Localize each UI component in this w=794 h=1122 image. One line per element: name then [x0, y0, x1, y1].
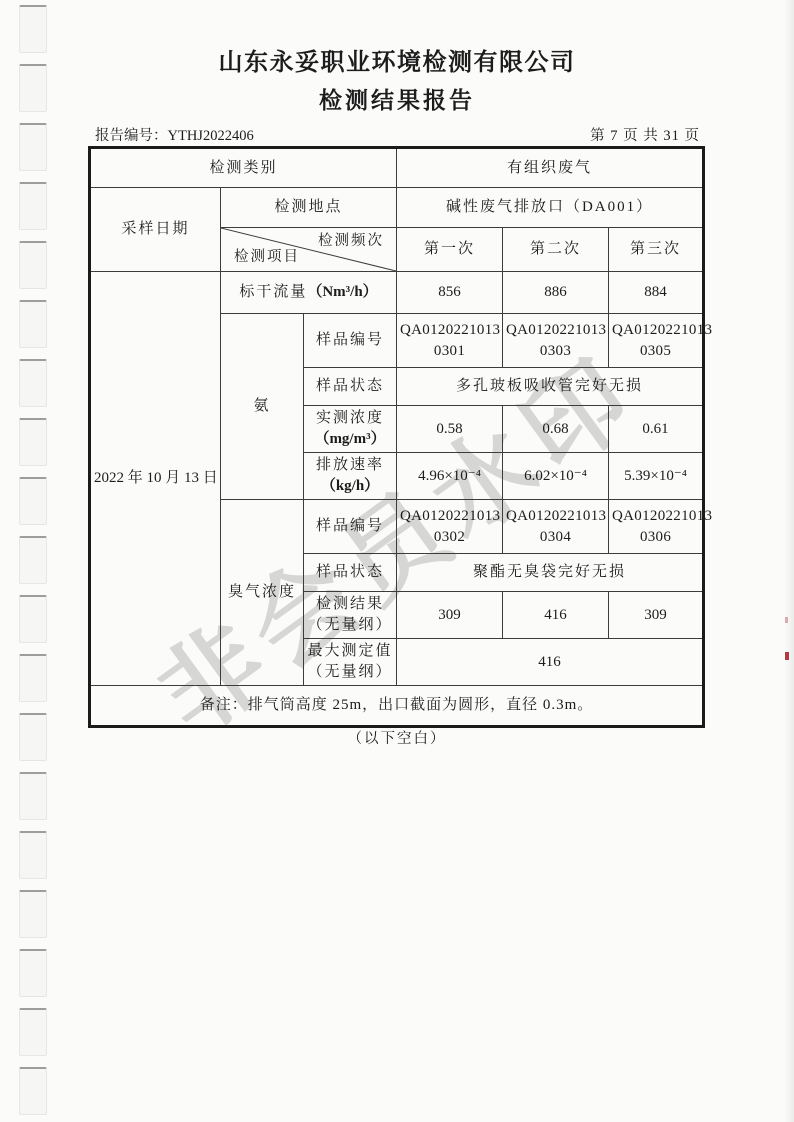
- cell-ammonia-state-label: 样品状态: [304, 368, 397, 406]
- table-row: 2022 年 10 月 13 日 标干流量（Nm³/h） 856 886 884: [90, 272, 704, 314]
- cell-frequency-label: 检测频次: [318, 231, 384, 251]
- table-row: 采样日期 检测地点 碱性废气排放口（DA001）: [90, 188, 704, 228]
- odor-max-label-text: 最大测定值: [307, 641, 393, 662]
- cell-odor-result-value-1: 309: [397, 592, 503, 639]
- cell-emission-rate-value-2: 6.02×10⁻⁴: [503, 453, 609, 500]
- cell-odor-sample-no-label: 样品编号: [304, 500, 397, 554]
- cell-sampling-date-label: 采样日期: [90, 188, 221, 272]
- cell-item-label: 检测项目: [234, 247, 300, 267]
- cell-odor-sample-no-1: QA0120221013 0302: [397, 500, 503, 554]
- report-number: 报告编号：YTHJ2022406: [95, 124, 254, 145]
- cell-diagonal-header: 检测频次 检测项目: [221, 228, 397, 272]
- cell-ammonia-sample-no-2: QA0120221013 0303: [503, 314, 609, 368]
- cell-run-2: 第二次: [503, 228, 609, 272]
- cell-odor-result-value-2: 416: [503, 592, 609, 639]
- emission-rate-unit-text: （kg/h）: [307, 476, 393, 497]
- cell-emission-rate-label: 排放速率 （kg/h）: [304, 453, 397, 500]
- document-content: 山东永妥职业环境检测有限公司 检测结果报告 报告编号：YTHJ2022406 第…: [0, 0, 794, 1122]
- cell-odor-sample-no-3: QA0120221013 0306: [609, 500, 704, 554]
- cell-odor-max-label: 最大测定值 （无量纲）: [304, 639, 397, 686]
- report-title: 检测结果报告: [0, 82, 794, 115]
- cell-ammonia-state-value: 多孔玻板吸收管完好无损: [397, 368, 704, 406]
- cell-odor-sample-no-2: QA0120221013 0304: [503, 500, 609, 554]
- cell-run-1: 第一次: [397, 228, 503, 272]
- flow-label-text: 标干流量: [239, 284, 307, 300]
- cell-odor-max-value: 416: [397, 639, 704, 686]
- concentration-label-text: 实测浓度: [307, 408, 393, 429]
- cell-emission-rate-value-3: 5.39×10⁻⁴: [609, 453, 704, 500]
- flow-unit-text: （Nm³/h）: [307, 284, 377, 300]
- odor-max-unit-text: （无量纲）: [307, 662, 393, 683]
- cell-location-label: 检测地点: [221, 188, 397, 228]
- emission-rate-label-text: 排放速率: [307, 455, 393, 476]
- company-name: 山东永妥职业环境检测有限公司: [0, 42, 794, 77]
- cell-flow-value-3: 884: [609, 272, 704, 314]
- cell-flow-value-2: 886: [503, 272, 609, 314]
- cell-category-value: 有组织废气: [397, 148, 704, 188]
- cell-odor-state-value: 聚酯无臭袋完好无损: [397, 554, 704, 592]
- cell-ammonia-name: 氨: [221, 314, 304, 500]
- cell-odor-result-value-3: 309: [609, 592, 704, 639]
- cell-concentration-value-3: 0.61: [609, 406, 704, 453]
- cell-concentration-value-2: 0.68: [503, 406, 609, 453]
- scan-speck-red: [785, 652, 789, 660]
- table-row: 检测类别 有组织废气: [90, 148, 704, 188]
- report-meta-row: 报告编号：YTHJ2022406 第 7 页 共 31 页: [95, 118, 700, 145]
- cell-sampling-date-value: 2022 年 10 月 13 日: [90, 272, 221, 686]
- cell-ammonia-sample-no-3: QA0120221013 0305: [609, 314, 704, 368]
- cell-odor-name: 臭气浓度: [221, 500, 304, 686]
- cell-flow-label: 标干流量（Nm³/h）: [221, 272, 397, 314]
- cell-odor-state-label: 样品状态: [304, 554, 397, 592]
- cell-ammonia-sample-no-label: 样品编号: [304, 314, 397, 368]
- odor-result-label-text: 检测结果: [307, 594, 393, 615]
- below-blank-note: （以下空白）: [0, 727, 794, 748]
- cell-remark: 备注：排气筒高度 25m，出口截面为圆形，直径 0.3m。: [90, 686, 704, 727]
- scan-edge-shadow: [785, 0, 794, 1122]
- odor-result-unit-text: （无量纲）: [307, 615, 393, 636]
- results-table: 检测类别 有组织废气 采样日期 检测地点 碱性废气排放口（DA001） 检测频次…: [88, 146, 705, 728]
- cell-ammonia-sample-no-1: QA0120221013 0301: [397, 314, 503, 368]
- concentration-unit-text: （mg/m³）: [307, 429, 393, 450]
- page-number: 第 7 页 共 31 页: [590, 124, 700, 145]
- cell-run-3: 第三次: [609, 228, 704, 272]
- cell-emission-rate-value-1: 4.96×10⁻⁴: [397, 453, 503, 500]
- cell-odor-result-label: 检测结果 （无量纲）: [304, 592, 397, 639]
- scanned-report-page: 非会员水印 山东永妥职业环境检测有限公司 检测结果报告 报告编号：YTHJ202…: [0, 0, 794, 1122]
- scan-speck-pink: [785, 617, 788, 623]
- cell-concentration-value-1: 0.58: [397, 406, 503, 453]
- table-row: 备注：排气筒高度 25m，出口截面为圆形，直径 0.3m。: [90, 686, 704, 727]
- cell-category-label: 检测类别: [90, 148, 397, 188]
- cell-location-value: 碱性废气排放口（DA001）: [397, 188, 704, 228]
- cell-flow-value-1: 856: [397, 272, 503, 314]
- cell-concentration-label: 实测浓度 （mg/m³）: [304, 406, 397, 453]
